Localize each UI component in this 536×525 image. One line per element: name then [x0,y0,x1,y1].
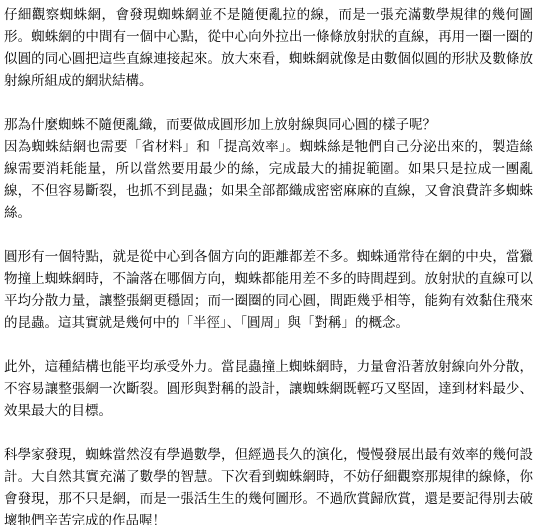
paragraph-conclusion: 科學家發現，蜘蛛當然沒有學過數學，但經過長久的演化，慢慢發展出最有效率的幾何設計… [4,444,533,525]
paragraph-circle-feature: 圓形有一個特點，就是從中心到各個方向的距離都差不多。蜘蛛通常待在網的中央，當獵物… [4,246,533,334]
paragraph-block-question-answer: 那為什麼蜘蛛不隨便亂織，而要做成圓形加上放射線與同心圓的樣子呢？ 因為蜘蛛結網也… [4,114,533,224]
essay-body: 仔細觀察蜘蛛網，會發現蜘蛛網並不是隨便亂拉的線，而是一張充滿數學規律的幾何圖形。… [0,0,536,525]
paragraph-block-intro: 仔細觀察蜘蛛網，會發現蜘蛛網並不是隨便亂拉的線，而是一張充滿數學規律的幾何圖形。… [4,4,533,92]
paragraph-answer-efficiency: 因為蜘蛛結網也需要「省材料」和「提高效率」。蜘蛛絲是牠們自己分泌出來的，製造絲線… [4,136,533,224]
paragraph-question: 那為什麼蜘蛛不隨便亂織，而要做成圓形加上放射線與同心圓的樣子呢？ [4,114,533,136]
paragraph-block-force-distribution: 此外，這種結構也能平均承受外力。當昆蟲撞上蜘蛛網時，力量會沿著放射線向外分散，不… [4,356,533,422]
document-page: 仔細觀察蜘蛛網，會發現蜘蛛網並不是隨便亂拉的線，而是一張充滿數學規律的幾何圖形。… [0,0,536,525]
paragraph-intro: 仔細觀察蜘蛛網，會發現蜘蛛網並不是隨便亂拉的線，而是一張充滿數學規律的幾何圖形。… [4,4,533,92]
paragraph-force-distribution: 此外，這種結構也能平均承受外力。當昆蟲撞上蜘蛛網時，力量會沿著放射線向外分散，不… [4,356,533,422]
paragraph-block-circle-feature: 圓形有一個特點，就是從中心到各個方向的距離都差不多。蜘蛛通常待在網的中央，當獵物… [4,246,533,334]
paragraph-block-conclusion: 科學家發現，蜘蛛當然沒有學過數學，但經過長久的演化，慢慢發展出最有效率的幾何設計… [4,444,533,525]
